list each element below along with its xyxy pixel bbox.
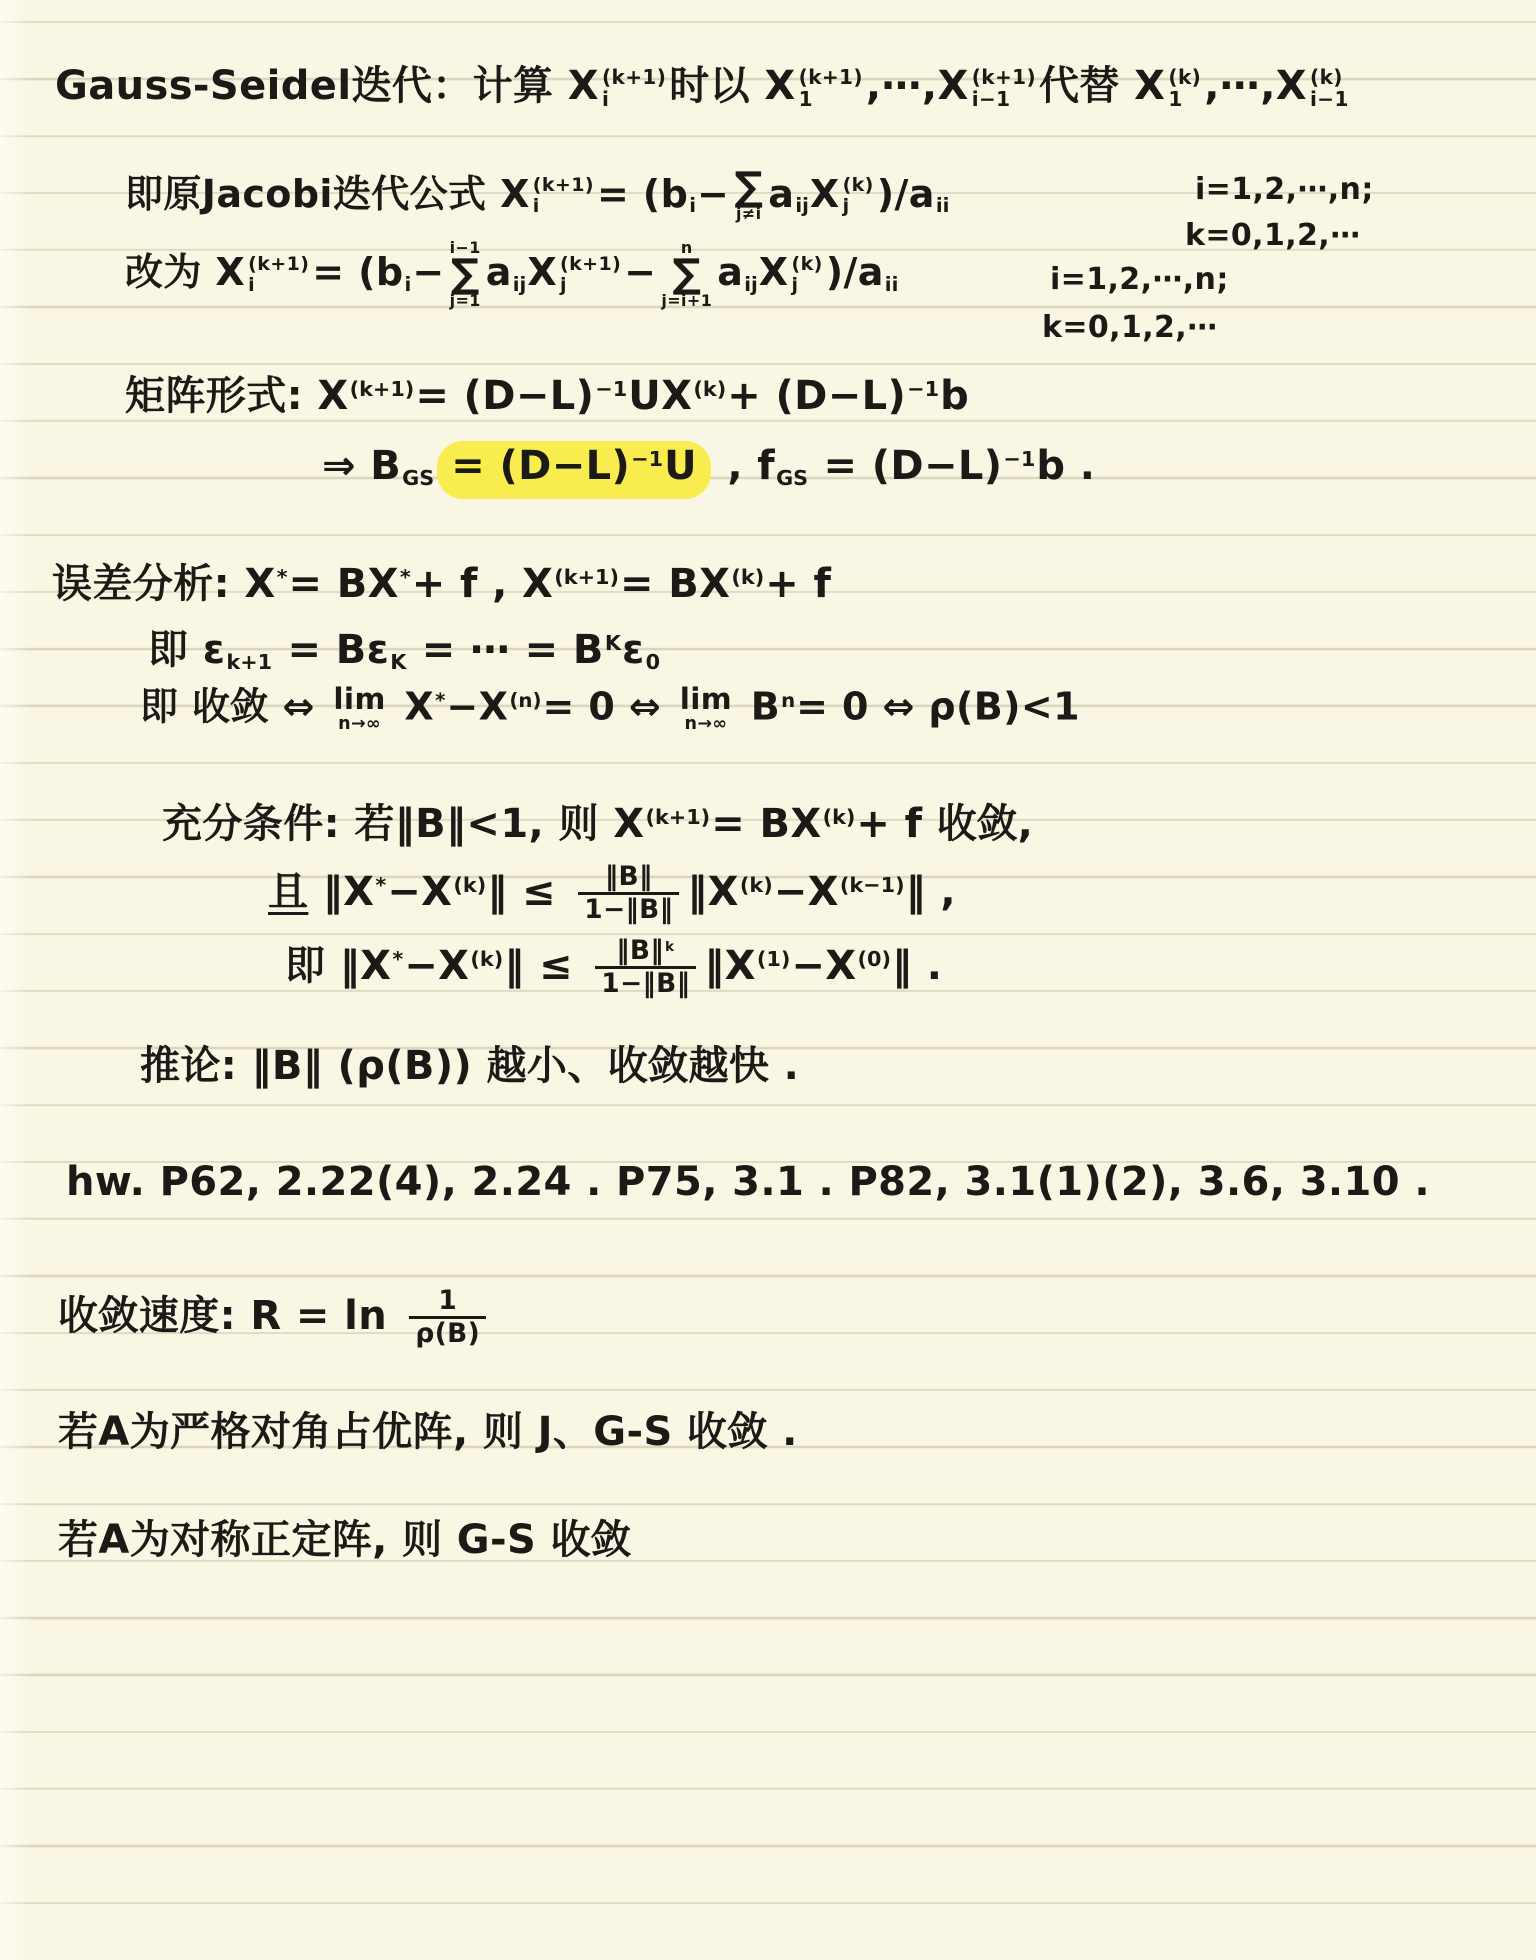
sum-lower-limit: j=i+1 [661, 293, 712, 310]
page-left-edge [0, 0, 40, 1960]
text-run: 若A为严格对角占优阵, 则 J、G-S 收敛 . [58, 1409, 798, 1455]
limit-operator: limn→∞ [680, 684, 732, 734]
text-run: = 0 ⇔ ρ(B)<1 [796, 684, 1080, 728]
superscript: (k) [730, 565, 765, 589]
text-run: −X [774, 869, 839, 915]
sigma-glyph: ∑ [672, 257, 701, 293]
text-run: ‖ , [906, 869, 956, 915]
text-run: U [664, 443, 697, 489]
text-run: a [717, 250, 743, 294]
stack-subscript: i [602, 88, 609, 110]
sigma-glyph: ∑ [451, 257, 480, 293]
fraction-denominator: 1−‖B‖ [578, 892, 679, 925]
text-run: 即原Jacobi迭代公式 X [125, 172, 530, 216]
line-matrix-form: 矩阵形式: X(k+1)= (D−L)−1UX(k)+ (D−L)−1b [125, 372, 969, 420]
text-run: + f [765, 561, 831, 607]
subscript: K [389, 650, 407, 674]
text-run: ε [622, 627, 645, 673]
text-run: 充分条件: 若‖B‖<1, 则 X [162, 801, 644, 847]
text-run: = (b [312, 250, 403, 294]
line-diagonally-dominant: 若A为严格对角占优阵, 则 J、G-S 收敛 . [58, 1408, 798, 1456]
stack-superscript: (k+1) [799, 66, 863, 88]
line-corollary: 推论: ‖B‖ (ρ(B)) 越小、收敛越快 . [140, 1042, 799, 1090]
sup-sub-stack: (k)j [843, 175, 874, 217]
subscript: ij [512, 273, 528, 296]
text-run: 1−‖B‖ [601, 968, 690, 999]
superscript: k [664, 939, 675, 955]
fraction: ‖B‖k1−‖B‖ [595, 936, 696, 1000]
superscript: * [276, 565, 289, 589]
superscript: (k) [469, 947, 504, 971]
text-run: )/a [826, 250, 884, 294]
superscript: K [604, 631, 622, 655]
text-run: X [527, 250, 557, 294]
text-run: b [940, 373, 969, 419]
stack-superscript: (k) [843, 175, 874, 196]
text-run: a [486, 250, 512, 294]
text-run: UX [628, 373, 692, 419]
stack-superscript: (k) [792, 254, 823, 275]
sup-sub-stack: (k)j [792, 254, 823, 296]
stack-superscript: (k) [1168, 66, 1201, 88]
text-run: = (D−L) [415, 373, 594, 419]
stack-subscript: j [843, 196, 850, 217]
subscript: k+1 [225, 650, 273, 674]
stack-subscript: j [560, 275, 567, 296]
text-run: 1 [438, 1285, 457, 1316]
stack-superscript: (k) [1310, 66, 1343, 88]
text-run: − [412, 250, 444, 294]
text-run: k=0,1,2,⋯ [1185, 218, 1361, 253]
text-run: = ⋯ = B [407, 627, 603, 673]
superscript: −1 [630, 447, 664, 471]
superscript: (k+1) [553, 565, 620, 589]
text-run: X [759, 250, 789, 294]
stack-subscript: j [792, 275, 799, 296]
text-run: X [391, 684, 434, 728]
stack-subscript: 1 [1168, 88, 1182, 110]
sigma-glyph: ∑ [734, 170, 763, 206]
superscript: n [780, 689, 796, 712]
superscript: −1 [1002, 447, 1036, 471]
fraction-denominator: 1−‖B‖ [595, 966, 696, 999]
text-run: Gauss-Seidel迭代：计算 X [55, 63, 599, 109]
lim-word: lim [333, 684, 385, 714]
text-run: −X [387, 869, 452, 915]
sup-sub-stack: (k+1)j [560, 254, 621, 296]
text-run: 误差分析: X [52, 561, 276, 607]
subscript: GS [775, 466, 809, 490]
text-run: hw. P62, 2.22(4), 2.24 . P75, 3.1 . P82,… [66, 1159, 1430, 1205]
superscript: −1 [594, 377, 628, 401]
text-run: ⇒ B [322, 443, 401, 489]
underlined-text: 且 [268, 869, 308, 915]
superscript: (k+1) [644, 805, 711, 829]
sup-sub-stack: (k+1)i [602, 66, 666, 110]
superscript: (1) [756, 947, 791, 971]
sup-sub-stack: (k+1)i [248, 254, 309, 296]
superscript: * [391, 947, 404, 971]
superscript: −1 [906, 377, 940, 401]
text-run: 推论: ‖B‖ (ρ(B)) 越小、收敛越快 . [140, 1043, 799, 1089]
text-run: − [624, 250, 656, 294]
stack-superscript: (k+1) [972, 66, 1036, 88]
subscript: ij [743, 273, 759, 296]
text-run: ‖ ≤ [504, 943, 587, 989]
line-error-analysis: 误差分析: X*= BX*+ f , X(k+1)= BX(k)+ f [52, 560, 831, 608]
text-run: k=0,1,2,⋯ [1042, 310, 1218, 345]
fraction-numerator: ‖B‖ [599, 862, 659, 892]
text-run: 1−‖B‖ [584, 894, 673, 925]
lim-under: n→∞ [684, 714, 727, 734]
text-run: −X [791, 943, 856, 989]
text-run: B [737, 684, 780, 728]
line-gauss-seidel-intro: Gauss-Seidel迭代：计算 X(k+1)i时以 X(k+1)1,⋯,X(… [55, 62, 1352, 110]
text-run: = BX [288, 561, 398, 607]
superscript: * [374, 873, 387, 897]
text-run: 即 ‖X [285, 943, 391, 989]
stack-superscript: (k+1) [602, 66, 666, 88]
subscript: GS [401, 466, 435, 490]
text-run: − [697, 172, 729, 216]
line-sufficient-condition: 充分条件: 若‖B‖<1, 则 X(k+1)= BX(k)+ f 收敛, [162, 800, 1033, 848]
limit-operator: limn→∞ [333, 684, 385, 734]
sup-sub-stack: (k)i−1 [1310, 66, 1349, 110]
text-run: 改为 X [125, 250, 245, 294]
text-run: = 0 ⇔ [542, 684, 674, 728]
text-run: ‖B‖ [605, 861, 653, 892]
summation-symbol: ∑j≠i [734, 170, 763, 223]
line-bgs-fgs: ⇒ BGS= (D−L)−1U , fGS = (D−L)−1b . [322, 442, 1095, 491]
line-gs-range-i: i=1,2,⋯,n; [1050, 262, 1229, 298]
superscript: * [434, 689, 446, 712]
stack-subscript: i−1 [972, 88, 1011, 110]
text-run: −X [446, 684, 508, 728]
text-run: 若A为对称正定阵, 则 G-S 收敛 [58, 1517, 631, 1563]
fraction: 1ρ(B) [409, 1286, 486, 1350]
fraction-numerator: ‖B‖k [610, 936, 681, 966]
sum-lower-limit: j=1 [450, 293, 481, 310]
line-error-bound-2: 即 ‖X*−X(k)‖ ≤ ‖B‖k1−‖B‖‖X(1)−X(0)‖ . [285, 936, 942, 1000]
sup-sub-stack: (k)1 [1168, 66, 1201, 110]
line-spd: 若A为对称正定阵, 则 G-S 收敛 [58, 1516, 631, 1564]
sup-sub-stack: (k+1)i−1 [972, 66, 1036, 110]
text-run: 即 收敛 ⇔ [140, 684, 328, 728]
text-run: = (D−L) [451, 443, 630, 489]
subscript: i [404, 273, 413, 296]
lim-word: lim [680, 684, 732, 714]
text-run: b . [1036, 443, 1095, 489]
line-jacobi-range-i: i=1,2,⋯,n; [1195, 172, 1374, 208]
stack-subscript: 1 [799, 88, 813, 110]
highlight-mark: = (D−L)−1U [437, 441, 711, 499]
superscript: (n) [508, 689, 542, 712]
text-run: i=1,2,⋯,n; [1050, 262, 1229, 297]
text-run: 代替 X [1039, 63, 1165, 109]
line-error-bound-1: 且 ‖X*−X(k)‖ ≤ ‖B‖1−‖B‖‖X(k)−X(k−1)‖ , [268, 862, 956, 926]
superscript: (k) [452, 873, 487, 897]
line-error-recursion: 即 εk+1 = BεK = ⋯ = BKε0 [148, 626, 661, 675]
text-run: i=1,2,⋯,n; [1195, 172, 1374, 207]
line-homework: hw. P62, 2.22(4), 2.24 . P75, 3.1 . P82,… [66, 1158, 1430, 1206]
sup-sub-stack: (k+1)1 [799, 66, 863, 110]
line-jacobi-formula: 即原Jacobi迭代公式 X(k+1)i= (bi−∑j≠iaijX(k)j)/… [125, 170, 950, 223]
text-run: −X [404, 943, 469, 989]
text-run: ‖X [308, 869, 374, 915]
text-run: = BX [711, 801, 821, 847]
stack-subscript: i [533, 196, 540, 217]
superscript: (k) [692, 377, 727, 401]
line-jacobi-range-k: k=0,1,2,⋯ [1185, 218, 1361, 254]
text-run: = (D−L) [809, 443, 1002, 489]
text-run: 即 ε [148, 627, 225, 673]
fraction-denominator: ρ(B) [409, 1316, 486, 1349]
text-run: + f 收敛, [856, 801, 1033, 847]
text-run: a [768, 172, 794, 216]
line-gauss-seidel-formula: 改为 X(k+1)i= (bi−i−1∑j=1aijX(k+1)j−n∑j=i+… [125, 240, 899, 309]
handwritten-note-page: Gauss-Seidel迭代：计算 X(k+1)i时以 X(k+1)1,⋯,X(… [0, 0, 1536, 1960]
summation-symbol: i−1∑j=1 [450, 240, 481, 309]
text-run: 矩阵形式: X [125, 373, 349, 419]
text-run: ‖B‖ [616, 935, 664, 966]
superscript: (k−1) [839, 873, 906, 897]
superscript: * [399, 565, 412, 589]
line-convergence-rate: 收敛速度: R = ln 1ρ(B) [58, 1286, 494, 1350]
text-run: )/a [877, 172, 935, 216]
text-run: 收敛速度: R = ln [58, 1293, 401, 1339]
superscript: (k) [822, 805, 857, 829]
fraction-numerator: 1 [432, 1286, 463, 1316]
text-run: ‖X [704, 943, 756, 989]
text-run: = (b [597, 172, 688, 216]
subscript: 0 [645, 650, 661, 674]
subscript: ii [884, 273, 900, 296]
text-run: ‖X [687, 869, 739, 915]
text-run: ‖ ≤ [487, 869, 570, 915]
text-run: = BX [620, 561, 730, 607]
superscript: (k+1) [349, 377, 416, 401]
text-run: + (D−L) [727, 373, 906, 419]
subscript: ij [794, 194, 810, 217]
stack-subscript: i−1 [1310, 88, 1349, 110]
summation-symbol: n∑j=i+1 [661, 240, 712, 309]
subscript: i [688, 194, 697, 217]
line-convergence-equiv: 即 收敛 ⇔ limn→∞ X*−X(n)= 0 ⇔ limn→∞ Bn= 0 … [140, 684, 1080, 734]
text-run: , f [713, 443, 775, 489]
fraction: ‖B‖1−‖B‖ [578, 862, 679, 926]
sup-sub-stack: (k+1)i [533, 175, 594, 217]
stack-superscript: (k+1) [560, 254, 621, 275]
text-run: ‖ . [892, 943, 942, 989]
text-run: ,⋯,X [1204, 63, 1307, 109]
superscript: (0) [857, 947, 892, 971]
subscript: ii [935, 194, 951, 217]
text-run: X [810, 172, 840, 216]
text-run: ,⋯,X [866, 63, 969, 109]
stack-superscript: (k+1) [248, 254, 309, 275]
text-run: = Bε [273, 627, 389, 673]
line-gs-range-k: k=0,1,2,⋯ [1042, 310, 1218, 346]
text-run: + f , X [412, 561, 554, 607]
text-run: 时以 X [669, 63, 795, 109]
sum-lower-limit: j≠i [736, 206, 762, 223]
text-run: ρ(B) [415, 1318, 480, 1349]
stack-subscript: i [248, 275, 255, 296]
lim-under: n→∞ [338, 714, 381, 734]
stack-superscript: (k+1) [533, 175, 594, 196]
superscript: (k) [739, 873, 774, 897]
